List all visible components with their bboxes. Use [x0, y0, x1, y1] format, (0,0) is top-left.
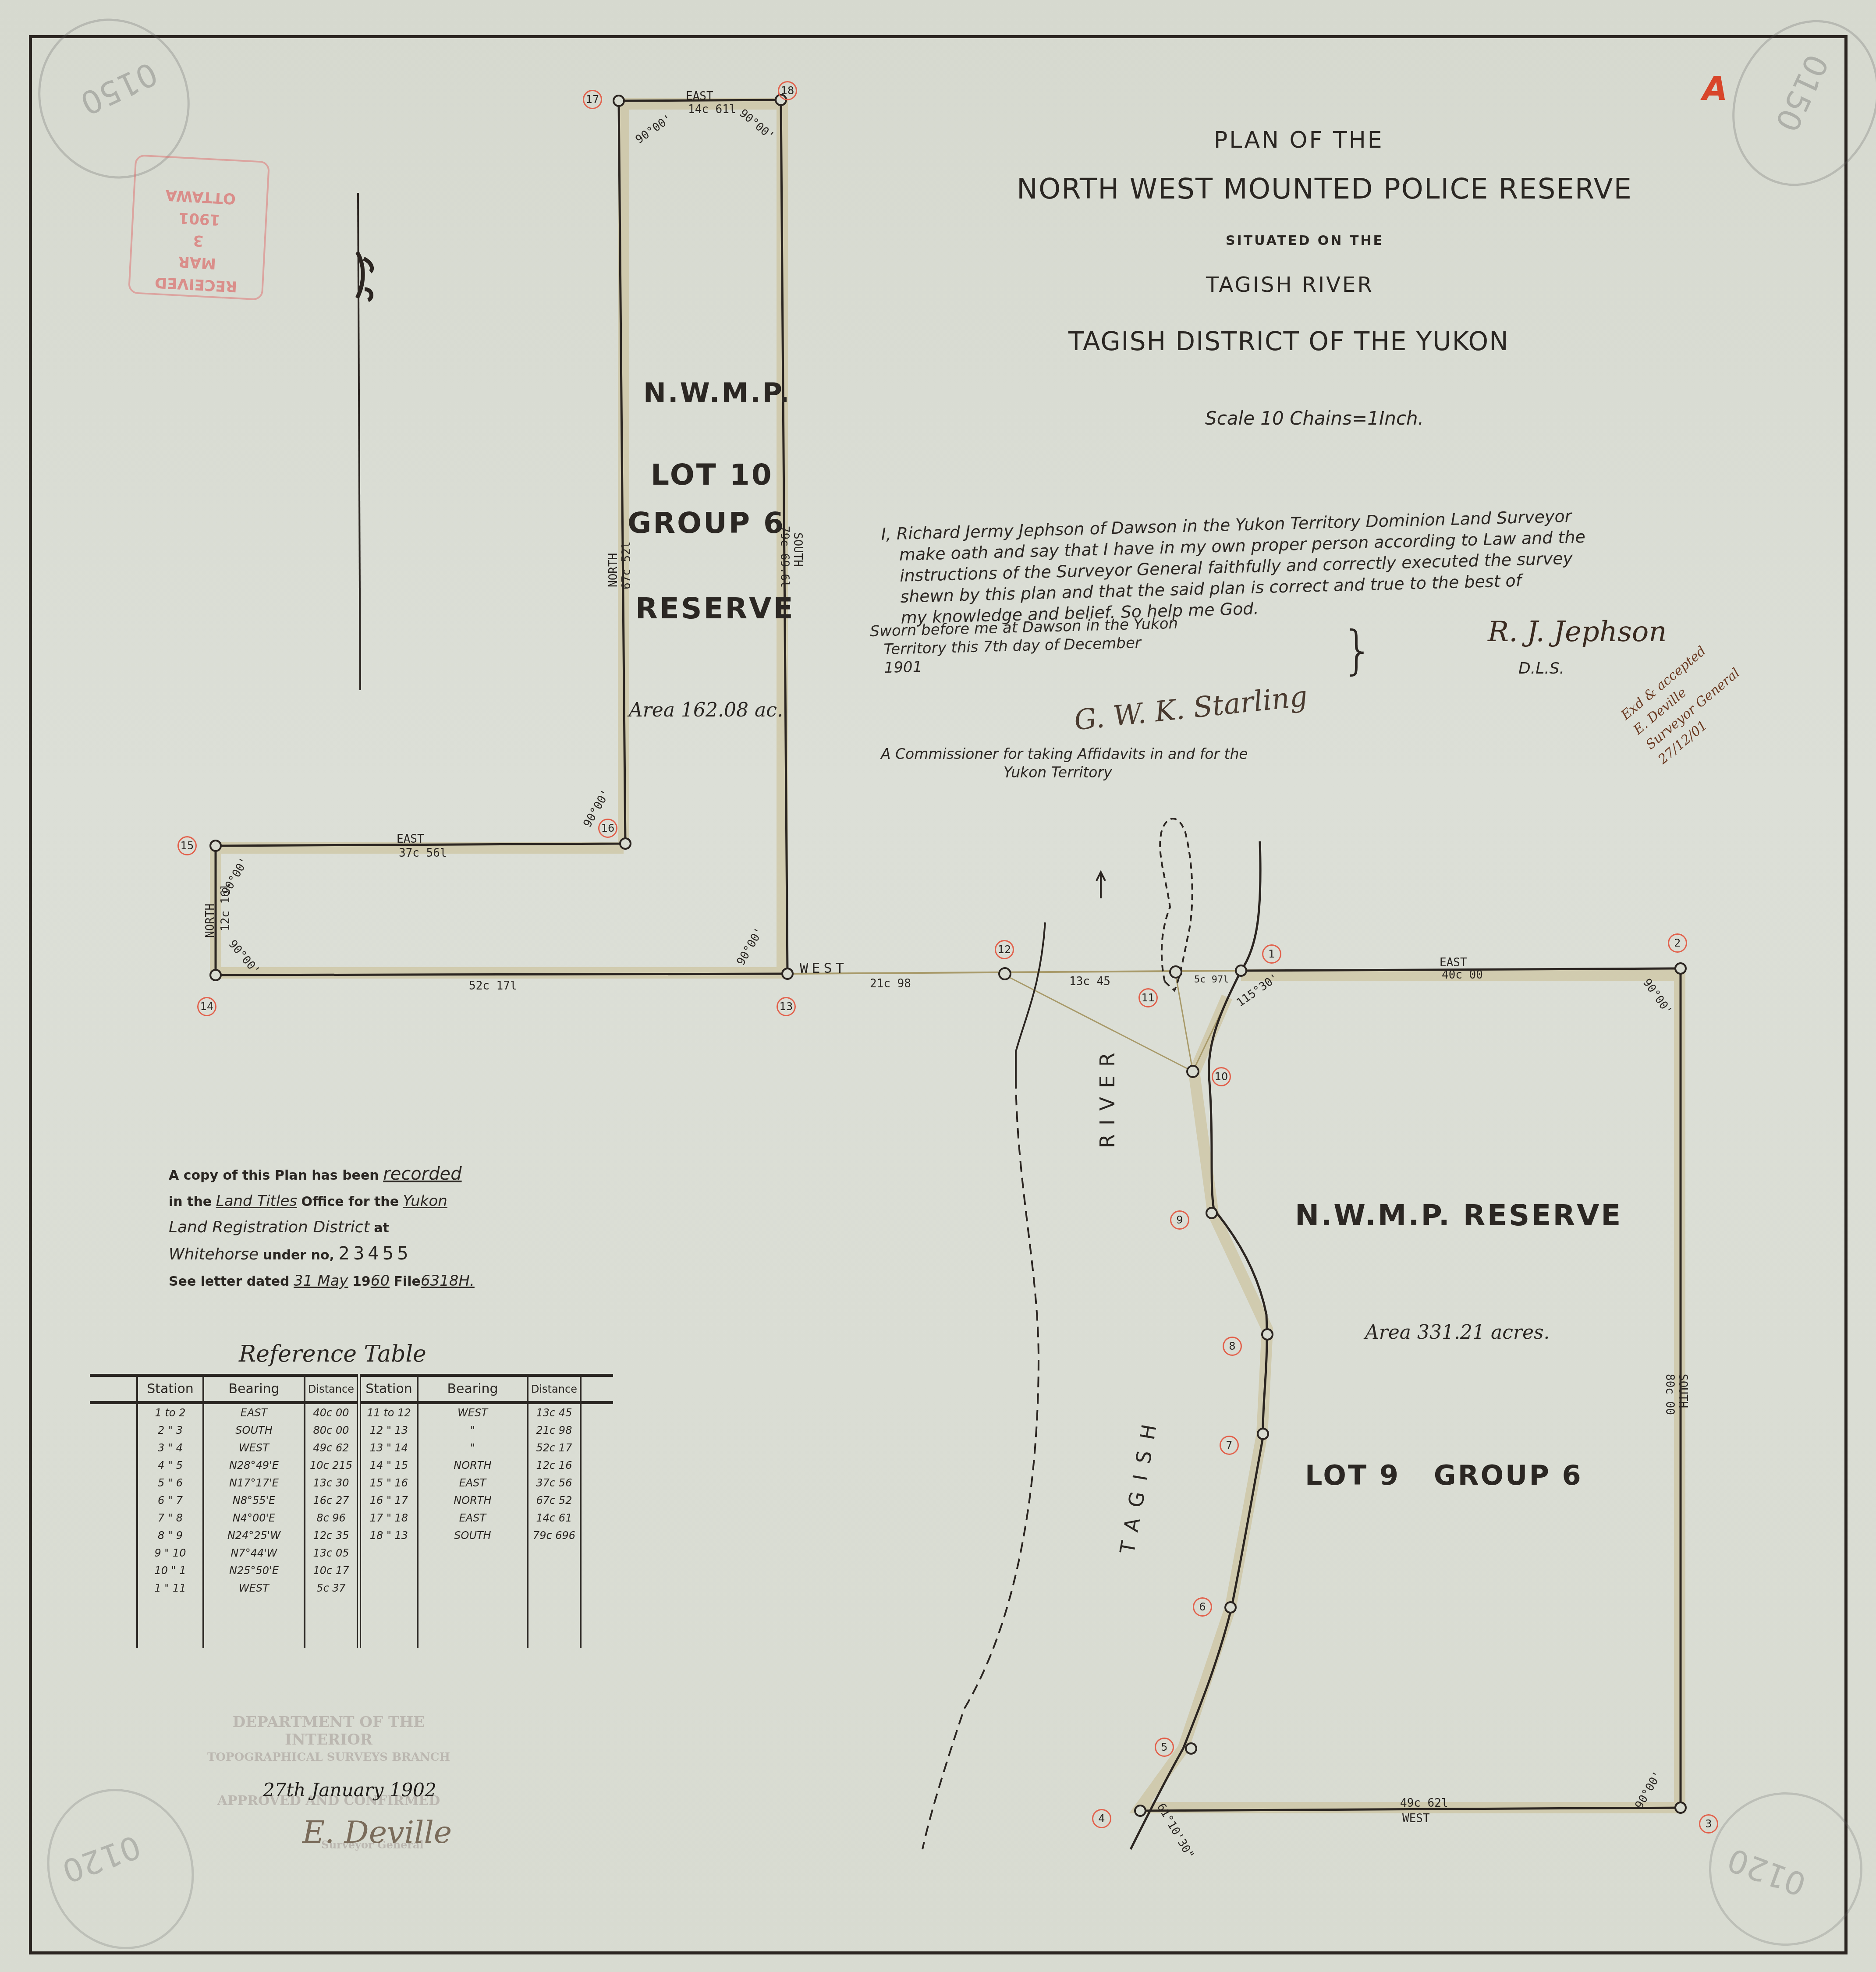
map-scale: Scale 10 Chains=1Inch. [1205, 408, 1424, 429]
cell-station: 6 " 7 [137, 1492, 203, 1509]
cell-bearing: WEST [418, 1403, 528, 1422]
cell-distance: 21c 98 [528, 1422, 581, 1439]
sworn-brace: } [1341, 620, 1374, 681]
cell-bearing: N8°55'E [203, 1492, 305, 1509]
handwritten-text: 60 [371, 1272, 390, 1290]
sworn-block: Sworn before me at Dawson in the Yukon T… [870, 614, 1179, 677]
lot9-area: Area 331.21 acres. [1365, 1321, 1550, 1344]
label-bearing: EAST [397, 833, 424, 846]
printed-text: 19 [352, 1274, 371, 1289]
cell-distance: 40c 00 [305, 1403, 359, 1422]
handwritten-text: 6318H. [421, 1272, 475, 1290]
surveyor-signature: R. J. Jephson [1488, 616, 1667, 648]
station-marker: 2 [1668, 933, 1687, 953]
label-bearing: SOUTH [791, 532, 804, 567]
cell-station: 15 " 16 [359, 1474, 418, 1492]
recording-line-2: in the Land Titles Office for the Yukon [169, 1188, 475, 1215]
title-river: TAGISH RIVER [1206, 273, 1374, 297]
table-row: 10 " 1N25°50'E10c 17 [90, 1562, 613, 1579]
cell-bearing: EAST [418, 1474, 528, 1492]
cell-station: 16 " 17 [359, 1492, 418, 1509]
cell-distance: 10c 17 [305, 1562, 359, 1579]
cell-bearing: NORTH [418, 1492, 528, 1509]
recording-line-4: Whitehorse under no, 23455 [169, 1241, 475, 1268]
label-distance: 52c 17l [469, 979, 517, 993]
handwritten-text: Whitehorse [169, 1245, 259, 1263]
cell-station: 13 " 14 [359, 1439, 418, 1457]
label-distance: 37c 56l [399, 847, 447, 860]
cell-station: 17 " 18 [359, 1509, 418, 1527]
recording-line-5: See letter dated 31 May 1960 File6318H. [169, 1268, 475, 1295]
label-distance: 80c 00 [1663, 1374, 1676, 1415]
label-distance: 49c 62l [1400, 1797, 1448, 1810]
reference-table-title: Reference Table [239, 1341, 426, 1367]
recording-line-1: A copy of this Plan has been recorded [169, 1161, 475, 1188]
cell-bearing: WEST [203, 1439, 305, 1457]
river-west-bank [1016, 922, 1045, 1078]
cell-bearing: " [418, 1439, 528, 1457]
surveyor-title: D.L.S. [1518, 660, 1564, 677]
cell-distance: 14c 61 [528, 1509, 581, 1527]
cell-station: 1 " 11 [137, 1579, 203, 1648]
lot9-title: N.W.M.P. RESERVE [1295, 1199, 1622, 1232]
approval-stamp-line: INTERIOR [197, 1731, 460, 1749]
station-marker: 4 [1092, 1809, 1111, 1828]
cell-distance: 79c 696 [528, 1527, 581, 1544]
cell-station: 11 to 12 [359, 1403, 418, 1422]
label-distance: 79c 69.6l [778, 526, 791, 588]
station-marker: 9 [1170, 1210, 1189, 1230]
cell-station: 1 to 2 [137, 1403, 203, 1422]
cell-station: 2 " 3 [137, 1422, 203, 1439]
meridian-line [358, 193, 360, 690]
station-marker: 12 [995, 940, 1014, 959]
reference-table: Station Bearing Distance Station Bearing… [90, 1374, 613, 1648]
table-header-spacer [90, 1376, 137, 1403]
cell-distance: 80c 00 [305, 1422, 359, 1439]
table-row: 2 " 3SOUTH80c 0012 " 13"21c 98 [90, 1422, 613, 1439]
title-situated: SITUATED ON THE [1226, 233, 1384, 248]
commissioner-line: A Commissioner for taking Affidavits in … [881, 745, 1248, 763]
cell-bearing: EAST [418, 1509, 528, 1527]
table-header: Distance [305, 1376, 359, 1403]
cell-distance: 8c 96 [305, 1509, 359, 1527]
table-row: 4 " 5N28°49'E10c 21514 " 15NORTH12c 16 [90, 1457, 613, 1474]
affidavit-text: I, Richard Jermy Jephson of Dawson in th… [881, 505, 1587, 629]
table-row: 6 " 7N8°55'E16c 2716 " 17NORTH67c 52 [90, 1492, 613, 1509]
cell-station: 5 " 6 [137, 1474, 203, 1492]
label-bearing: EAST [1440, 956, 1467, 969]
river-west-bank-dashed [922, 1078, 1039, 1849]
recording-note: A copy of this Plan has been recorded in… [169, 1161, 475, 1295]
station-marker: 6 [1193, 1597, 1212, 1617]
cell-station: 10 " 1 [137, 1562, 203, 1579]
label-bearing: EAST [686, 90, 713, 103]
lot10-lot-label: LOT 10 [651, 458, 773, 492]
lot9-boundary [1140, 968, 1681, 1811]
north-arrow-icon [357, 252, 372, 300]
island-outline [1160, 819, 1192, 990]
station-marker: 10 [1212, 1067, 1231, 1086]
table-header: Distance [528, 1376, 581, 1403]
table-row: 5 " 6N17°17'E13c 3015 " 16EAST37c 56 [90, 1474, 613, 1492]
cell-station: 8 " 9 [137, 1527, 203, 1544]
title-district: TAGISH DISTRICT OF THE YUKON [1068, 326, 1509, 356]
printed-text: See letter dated [169, 1274, 290, 1289]
label-bearing: NORTH [607, 553, 620, 587]
cell-distance: 10c 215 [305, 1457, 359, 1474]
station-marker: 13 [777, 997, 796, 1016]
cell-bearing: NORTH [418, 1457, 528, 1474]
cell-bearing: N7°44'W [203, 1544, 305, 1562]
table-header: Station [359, 1376, 418, 1403]
approval-signature: E. Deville [302, 1814, 452, 1850]
station-marker: 17 [583, 90, 602, 109]
table-header: Station [137, 1376, 203, 1403]
label-distance: 40c 00 [1442, 968, 1483, 982]
cell-station: 18 " 13 [359, 1527, 418, 1544]
handwritten-text: Land Titles [216, 1192, 297, 1210]
cell-distance: 49c 62 [305, 1439, 359, 1457]
cell-distance: 12c 16 [528, 1457, 581, 1474]
station-marker: 18 [778, 81, 797, 100]
cell-bearing: N24°25'W [203, 1527, 305, 1544]
cell-bearing: N25°50'E [203, 1562, 305, 1579]
station-marker: 5 [1155, 1738, 1174, 1757]
station-marker: 3 [1699, 1814, 1718, 1834]
table-row: 1 to 2EAST40c 0011 to 12WEST13c 45 [90, 1403, 613, 1422]
table-header: Bearing [418, 1376, 528, 1403]
cell-distance: 5c 37 [305, 1579, 359, 1648]
recording-line-3: Land Registration District at [169, 1215, 475, 1241]
handwritten-text: Yukon [403, 1192, 447, 1210]
label-bearing: SOUTH [1676, 1374, 1689, 1408]
station-marker: 1 [1262, 944, 1281, 964]
cell-distance: 52c 17 [528, 1439, 581, 1457]
table-header-row: Station Bearing Distance Station Bearing… [90, 1376, 613, 1403]
handwritten-text: 31 May [294, 1272, 348, 1290]
lot10-area: Area 162.08 ac. [629, 699, 783, 721]
table-row: 3 " 4WEST49c 6213 " 14"52c 17 [90, 1439, 613, 1457]
cell-distance: 12c 35 [305, 1527, 359, 1544]
station-marker: 11 [1138, 988, 1158, 1007]
cell-distance: 13c 30 [305, 1474, 359, 1492]
station-marker: 7 [1220, 1436, 1239, 1455]
survey-drawing [0, 0, 1876, 1972]
printed-text: under no, [263, 1248, 334, 1263]
cell-bearing: N28°49'E [203, 1457, 305, 1474]
cell-distance: 67c 52 [528, 1492, 581, 1509]
cell-station: 7 " 8 [137, 1509, 203, 1527]
printed-text: in the [169, 1194, 212, 1209]
table-row: 7 " 8N4°00'E8c 9617 " 18EAST14c 61 [90, 1509, 613, 1527]
commissioner-text: A Commissioner for taking Affidavits in … [881, 745, 1248, 782]
printed-text: Office for the [301, 1194, 399, 1209]
label-distance: 13c 45 [1069, 975, 1110, 988]
cell-distance: 16c 27 [305, 1492, 359, 1509]
handwritten-text: Land Registration District [169, 1218, 370, 1236]
cell-bearing: WEST [203, 1579, 305, 1648]
lot10-reserve-label: RESERVE [635, 592, 795, 625]
printed-text: at [374, 1220, 389, 1236]
label-distance: 67c 52l [620, 541, 633, 589]
registration-number: 23455 [338, 1244, 411, 1264]
approval-stamp-line: DEPARTMENT OF THE [197, 1713, 460, 1731]
cell-station: 4 " 5 [137, 1457, 203, 1474]
cell-distance: 13c 05 [305, 1544, 359, 1562]
cell-bearing: SOUTH [203, 1422, 305, 1439]
cell-station: 3 " 4 [137, 1439, 203, 1457]
cell-station: 14 " 15 [359, 1457, 418, 1474]
cell-station: 12 " 13 [359, 1422, 418, 1439]
lot9-group-label: LOT 9 GROUP 6 [1305, 1459, 1583, 1491]
small-north-arrow-icon [1096, 872, 1105, 898]
table-row: 8 " 9N24°25'W12c 3518 " 13SOUTH79c 696 [90, 1527, 613, 1544]
handwritten-text: recorded [383, 1164, 461, 1184]
approval-date: 27th January 1902 [263, 1779, 436, 1801]
printed-text: A copy of this Plan has been [169, 1168, 379, 1183]
title-main: NORTH WEST MOUNTED POLICE RESERVE [1017, 173, 1632, 206]
cell-bearing: EAST [203, 1403, 305, 1422]
station-marker: 14 [197, 997, 216, 1016]
commissioner-line: Yukon Territory [881, 763, 1248, 782]
cell-station: 9 " 10 [137, 1544, 203, 1562]
label-bearing: WEST [1402, 1812, 1430, 1825]
label-distance: 21c 98 [870, 977, 911, 990]
lot10-group-label: GROUP 6 [628, 506, 785, 540]
station-marker: 15 [177, 836, 197, 855]
cell-bearing: N17°17'E [203, 1474, 305, 1492]
station-marker: 16 [598, 819, 617, 838]
river-label-river: RIVER [1096, 1044, 1119, 1148]
cell-bearing: N4°00'E [203, 1509, 305, 1527]
label-distance: 14c 61l [688, 103, 736, 116]
table-row: 9 " 10N7°44'W13c 05 [90, 1544, 613, 1562]
printed-text: File [394, 1274, 421, 1289]
cell-distance: 13c 45 [528, 1403, 581, 1422]
table-header: Bearing [203, 1376, 305, 1403]
station-marker: 8 [1223, 1337, 1242, 1356]
table-row: 1 " 11WEST5c 37 [90, 1579, 613, 1648]
cell-bearing: " [418, 1422, 528, 1439]
title-plan-of-the: PLAN OF THE [1214, 127, 1384, 153]
label-bearing: NORTH [204, 904, 217, 938]
label-distance: 5c 97l [1194, 974, 1229, 985]
cell-bearing: SOUTH [418, 1527, 528, 1544]
cell-distance: 37c 56 [528, 1474, 581, 1492]
approval-stamp-line: TOPOGRAPHICAL SURVEYS BRANCH [197, 1749, 460, 1766]
lot10-nwmp-label: N.W.M.P. [643, 377, 791, 409]
label-bearing: WEST [800, 960, 848, 976]
table-header-spacer [581, 1376, 613, 1403]
